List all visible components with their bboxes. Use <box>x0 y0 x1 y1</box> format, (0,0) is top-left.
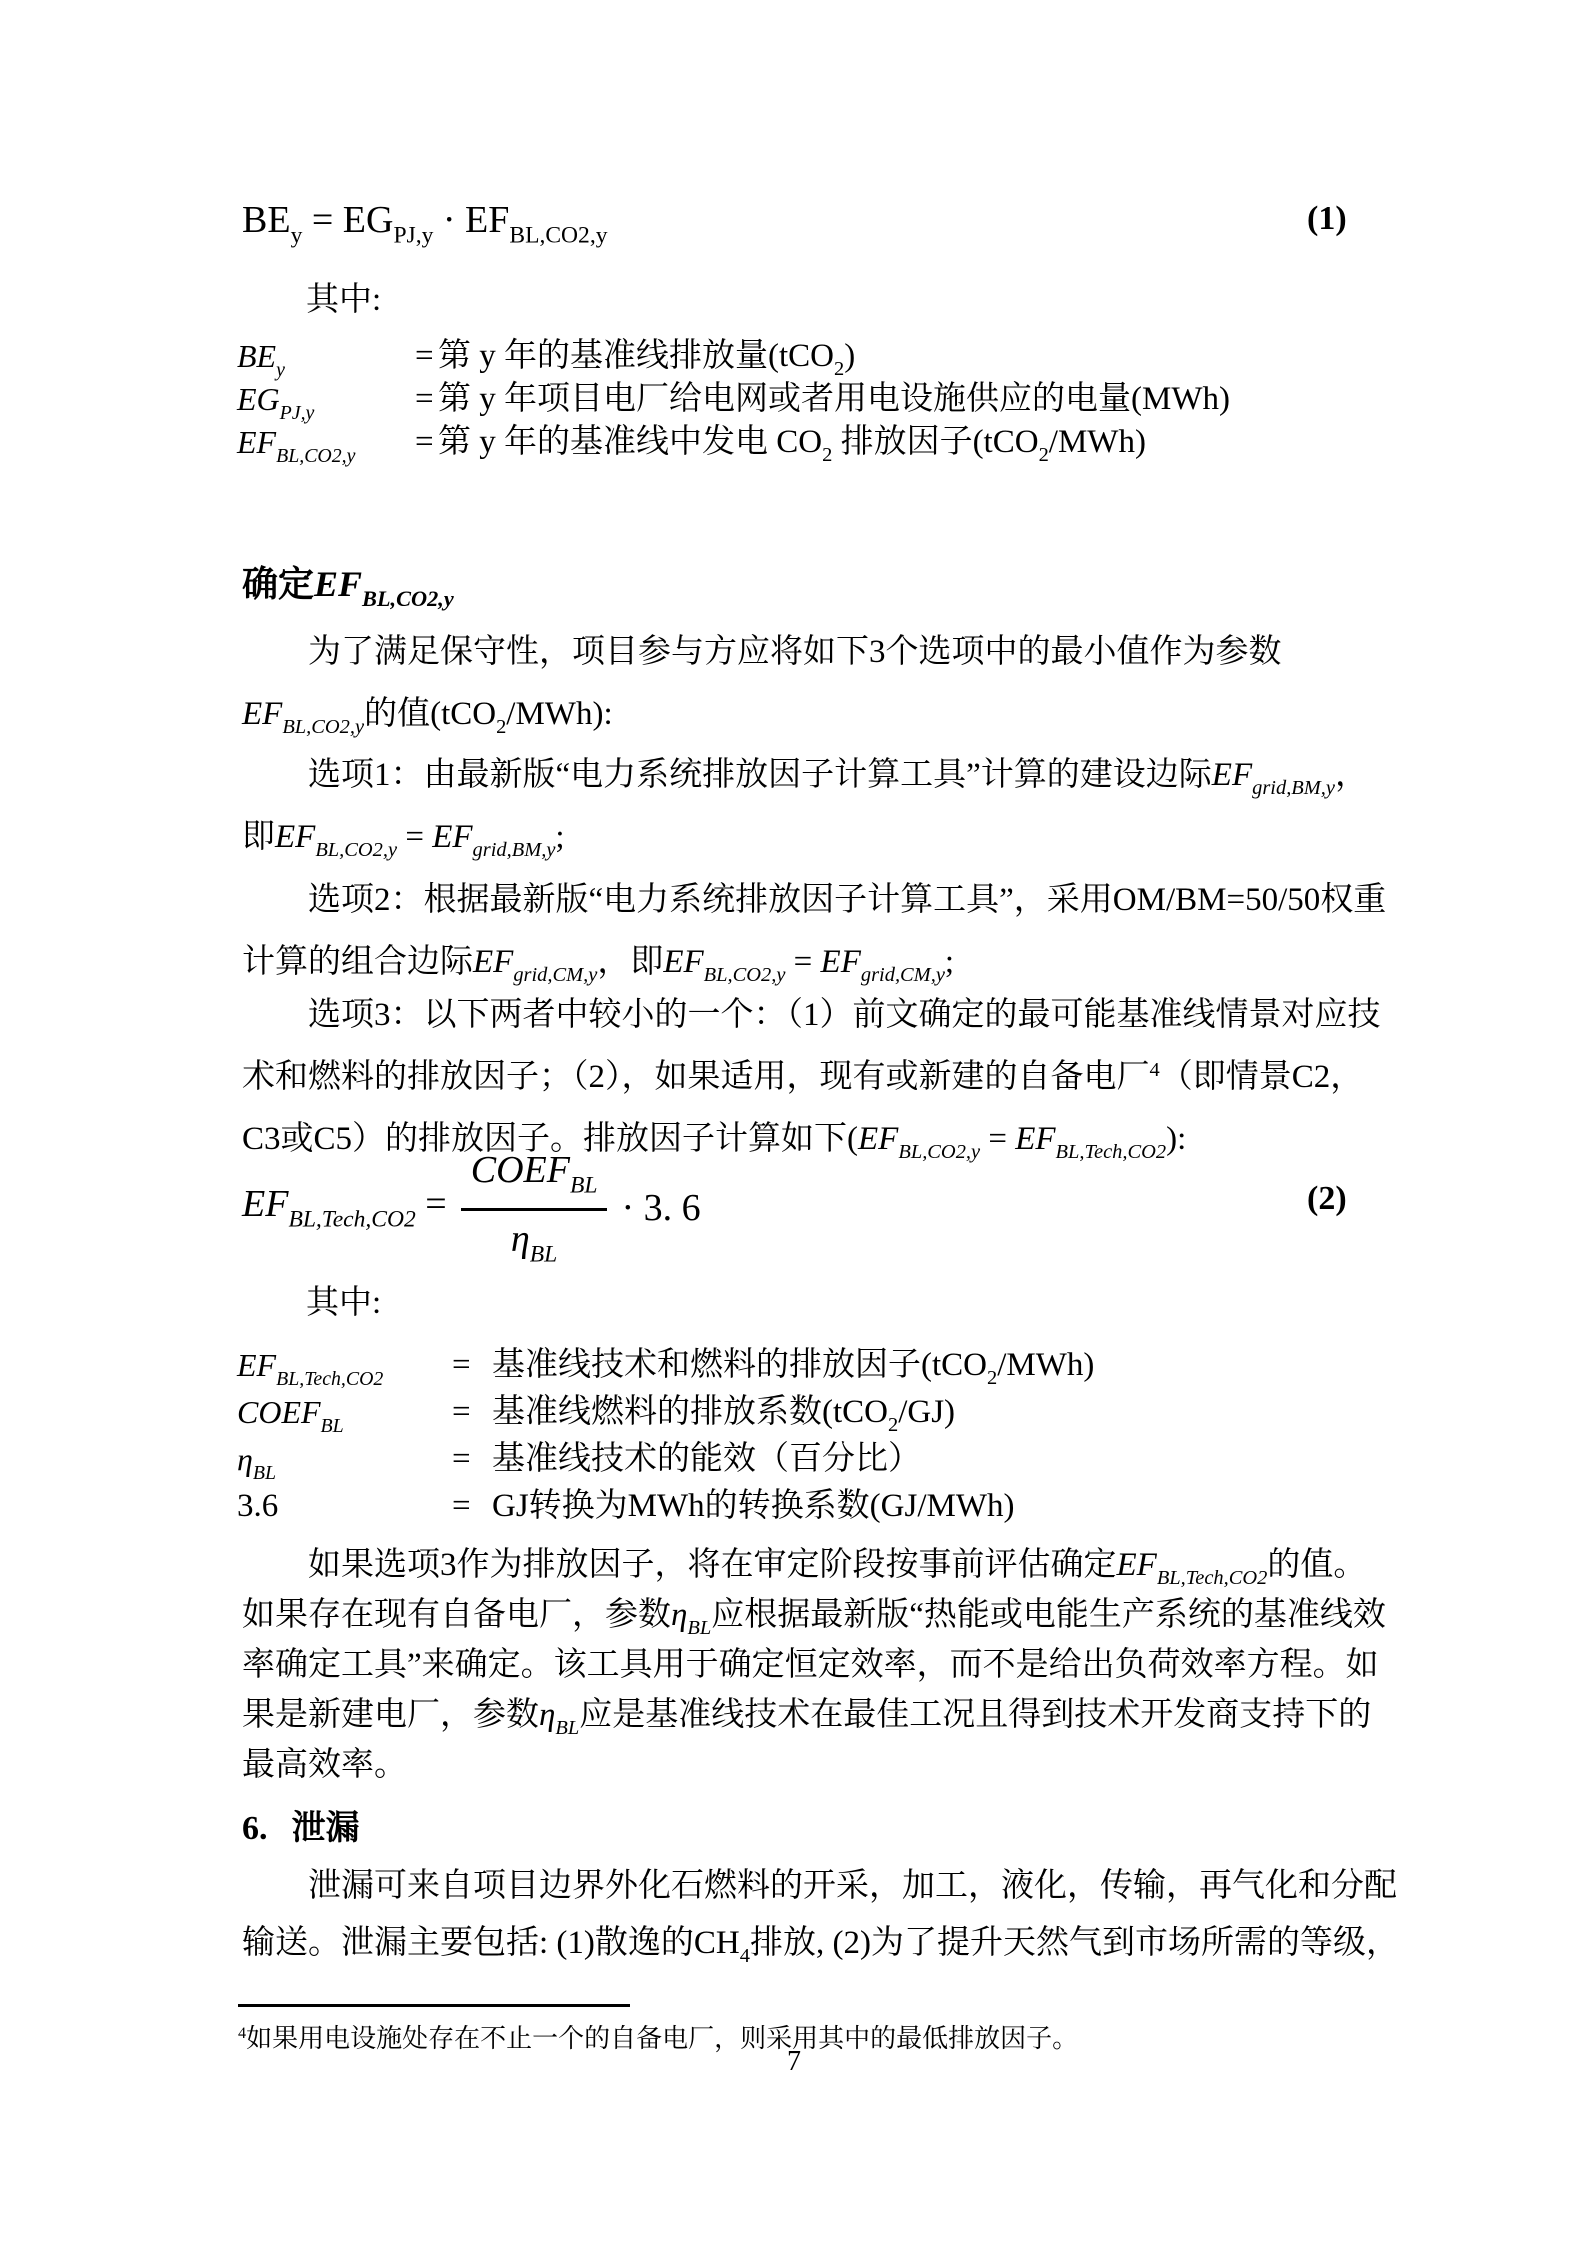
paragraph-detail-line-5: 最高效率。 <box>242 1745 407 1786</box>
section-heading-determine-ef: 确定EFBL,CO2,y <box>242 556 454 612</box>
equals-sign: = <box>415 422 434 463</box>
definition-text: GJ转换为MWh的转换系数(GJ/MWh) <box>492 1486 1014 1527</box>
section-6-title: 泄漏 <box>292 1810 360 1847</box>
paragraph-detail-line-4: 果是新建电厂，参数ηBL应是基准线技术在最佳工况且得到技术开发商支持下的 <box>242 1695 1371 1742</box>
equation-1: BEy = EGPJ,y · EFBL,CO2,y <box>242 198 608 250</box>
section-6-heading: 6.泄漏 <box>242 1800 360 1849</box>
section-6-number: 6. <box>242 1810 268 1847</box>
fraction-denominator: ηBL <box>511 1211 557 1269</box>
where-label-1: 其中: <box>306 280 381 321</box>
definition-term: EFBL,CO2,y <box>237 424 355 468</box>
footnote-divider <box>238 2004 630 2007</box>
definition-term: EFBL,Tech,CO2 <box>237 1347 383 1391</box>
definition-text: 基准线技术和燃料的排放因子(tCO2/MWh) <box>492 1345 1094 1392</box>
equation-2-tail: · 3. 6 <box>621 1186 700 1232</box>
definition-term: 3.6 <box>237 1486 278 1527</box>
option-2-line-2: 计算的组合边际EFgrid,CM,y，即EFBL,CO2,y = EFgrid,… <box>242 942 954 989</box>
definition-text: 基准线技术的能效（百分比） <box>492 1439 921 1480</box>
equals-sign: = <box>415 336 434 377</box>
where-label-2: 其中: <box>306 1283 381 1324</box>
equation-2-lhs: EFBL,Tech,CO2 = <box>242 1182 447 1234</box>
option-2-line-1: 选项2：根据最新版“电力系统排放因子计算工具”，采用OM/BM=50/50权重 <box>308 880 1386 921</box>
paragraph-leakage-line-1: 泄漏可来自项目边界外化石燃料的开采，加工，液化，传输，再气化和分配 <box>308 1866 1397 1907</box>
equation-2: EFBL,Tech,CO2 = COEFBL ηBL · 3. 6 <box>242 1148 701 1269</box>
paragraph-intro-line-2: EFBL,CO2,y的值(tCO2/MWh): <box>242 694 613 741</box>
equation-1-number: (1) <box>1307 200 1347 238</box>
fraction: COEFBL ηBL <box>461 1148 608 1269</box>
definition-text: 第 y 年的基准线中发电 CO2 排放因子(tCO2/MWh) <box>438 422 1146 469</box>
definition-term: ηBL <box>237 1441 276 1485</box>
definition-text: 第 y 年项目电厂给电网或者用电设施供应的电量(MWh) <box>438 379 1230 420</box>
equals-sign: = <box>452 1392 471 1433</box>
paragraph-leakage-line-2: 输送。泄漏主要包括: (1)散逸的CH4排放, (2)为了提升天然气到市场所需的… <box>242 1923 1399 1970</box>
equation-2-number: (2) <box>1307 1180 1347 1218</box>
page-number: 7 <box>0 2046 1588 2078</box>
definition-term: COEFBL <box>237 1394 344 1438</box>
equals-sign: = <box>415 379 434 420</box>
definition-term: EGPJ,y <box>237 381 314 425</box>
option-1-line-1: 选项1：由最新版“电力系统排放因子计算工具”计算的建设边际EFgrid,BM,y… <box>308 755 1368 802</box>
fraction-numerator: COEFBL <box>461 1148 608 1211</box>
definition-text: 基准线燃料的排放系数(tCO2/GJ) <box>492 1392 955 1439</box>
paragraph-intro-line-1: 为了满足保守性，项目参与方应将如下3个选项中的最小值作为参数 <box>308 632 1282 673</box>
definition-text: 第 y 年的基准线排放量(tCO2) <box>438 336 855 383</box>
option-3-line-2: 术和燃料的排放因子；（2），如果适用，现有或新建的自备电厂4（即情景C2， <box>242 1057 1363 1098</box>
option-1-line-2: 即EFBL,CO2,y = EFgrid,BM,y; <box>242 817 565 864</box>
paragraph-detail-line-3: 率确定工具”来确定。该工具用于确定恒定效率，而不是给出负荷效率方程。如 <box>242 1645 1379 1686</box>
equals-sign: = <box>452 1439 471 1480</box>
paragraph-detail-line-1: 如果选项3作为排放因子，将在审定阶段按事前评估确定EFBL,Tech,CO2的值… <box>308 1545 1366 1592</box>
definition-term: BEy <box>237 338 285 382</box>
document-page: BEy = EGPJ,y · EFBL,CO2,y (1) 其中: BEy = … <box>0 0 1588 2245</box>
option-3-line-1: 选项3：以下两者中较小的一个：（1）前文确定的最可能基准线情景对应技 <box>308 995 1381 1036</box>
equals-sign: = <box>452 1486 471 1527</box>
equals-sign: = <box>452 1345 471 1386</box>
paragraph-detail-line-2: 如果存在现有自备电厂，参数ηBL应根据最新版“热能或电能生产系统的基准线效 <box>242 1595 1386 1642</box>
